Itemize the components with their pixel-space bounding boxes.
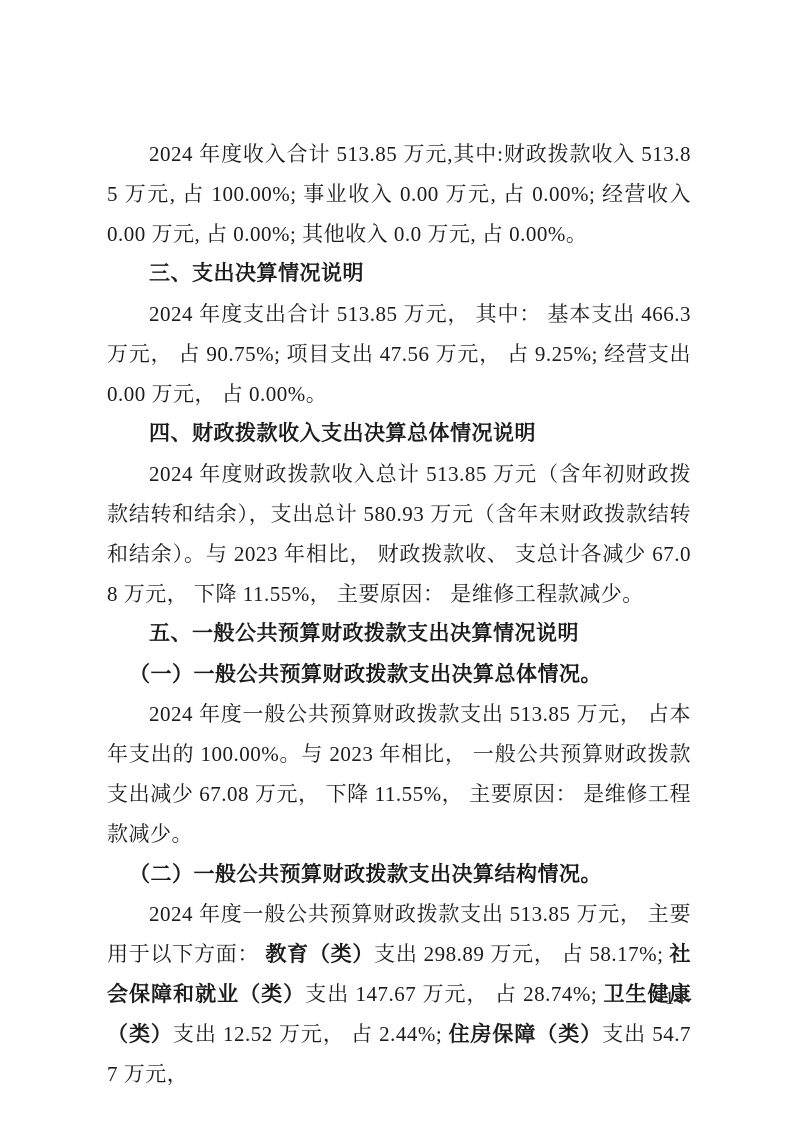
paragraph-general-budget-total: 2024 年度一般公共预算财政拨款支出 513.85 万元， 占本年支出的 10… xyxy=(107,694,691,854)
heading-section-3-expense: 三、支出决算情况说明 xyxy=(107,254,691,294)
category-housing-label: 住房保障（类） xyxy=(448,1022,602,1046)
subheading-5-2-structure: （二）一般公共预算财政拨款支出决算结构情况。 xyxy=(107,854,691,894)
category-education-label: 教育（类） xyxy=(265,942,374,966)
heading-section-5-general-budget: 五、一般公共预算财政拨款支出决算情况说明 xyxy=(107,614,691,654)
paragraph-expense-structure: 2024 年度一般公共预算财政拨款支出 513.85 万元， 主要用于以下方面：… xyxy=(107,894,691,1094)
text-segment: 支出 298.89 万元， 占 58.17%; xyxy=(374,942,669,966)
page-number: -14- xyxy=(657,988,693,1010)
text-segment: 支出 147.67 万元， 占 28.74%; xyxy=(305,982,603,1006)
paragraph-fiscal-appropriation-summary: 2024 年度财政拨款收入总计 513.85 万元（含年初财政拨款结转和结余），… xyxy=(107,454,691,614)
paragraph-income-summary: 2024 年度收入合计 513.85 万元,其中:财政拨款收入 513.85 万… xyxy=(107,134,691,254)
paragraph-expense-summary: 2024 年度支出合计 513.85 万元， 其中： 基本支出 466.3 万元… xyxy=(107,294,691,414)
heading-section-4-fiscal-appropriation: 四、财政拨款收入支出决算总体情况说明 xyxy=(107,414,691,454)
document-page: 2024 年度收入合计 513.85 万元,其中:财政拨款收入 513.85 万… xyxy=(0,0,793,1122)
text-segment: 支出 12.52 万元， 占 2.44%; xyxy=(173,1022,449,1046)
subheading-5-1-overall: （一）一般公共预算财政拨款支出决算总体情况。 xyxy=(107,654,691,694)
